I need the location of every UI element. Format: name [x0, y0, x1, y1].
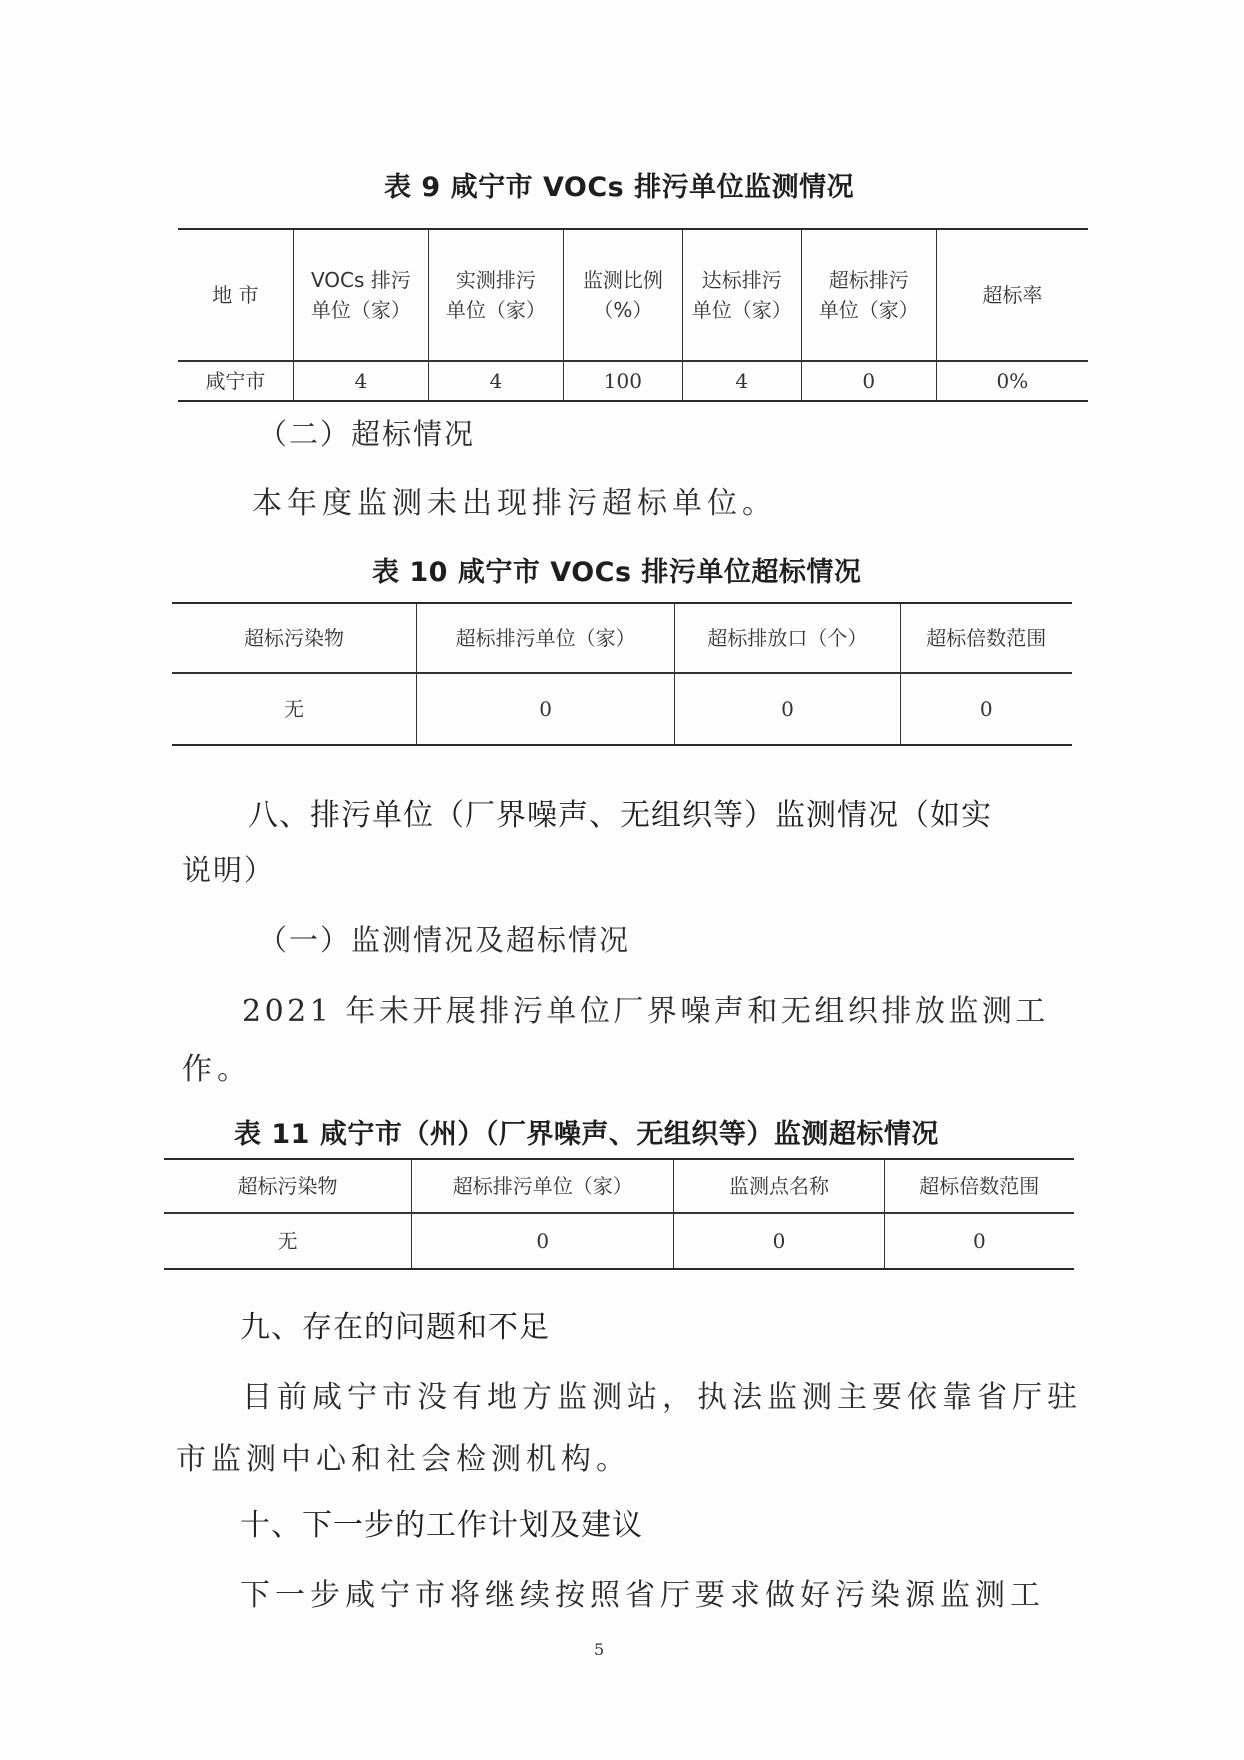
- table-cell: 0: [412, 1213, 674, 1269]
- header-text: 实测排污: [456, 268, 536, 292]
- header-text: 超标排污: [829, 268, 909, 292]
- paragraph: 2021 年未开展排污单位厂界噪声和无组织排放监测工: [242, 986, 1049, 1030]
- header-text: 单位（家）: [311, 298, 411, 322]
- table-cell: 无: [172, 673, 417, 745]
- table9-caption: 表 9 咸宁市 VOCs 排污单位监测情况: [384, 165, 854, 204]
- table11-header: 超标倍数范围: [884, 1159, 1074, 1213]
- table-row: 无 0 0 0: [172, 673, 1072, 745]
- table9-header-exceeding-units: 超标排污单位（家）: [801, 229, 936, 361]
- header-text: 单位（家）: [692, 298, 792, 322]
- table9-header-measured-units: 实测排污单位（家）: [428, 229, 563, 361]
- section-heading-note: （如实: [899, 798, 992, 833]
- header-text: 监测比例: [583, 268, 663, 292]
- table11: 超标污染物 超标排污单位（家） 监测点名称 超标倍数范围 无 0 0 0: [164, 1158, 1074, 1270]
- table11-caption: 表 11 咸宁市（州）（厂界噪声、无组织等）监测超标情况: [234, 1112, 939, 1151]
- page-number: 5: [594, 1640, 604, 1659]
- table9-header-ratio: 监测比例（%）: [563, 229, 682, 361]
- section-heading: 十、下一步的工作计划及建议: [240, 1500, 643, 1544]
- paragraph: 作。: [182, 1044, 252, 1088]
- header-text: （%）: [593, 298, 652, 322]
- table-cell: 4: [428, 361, 563, 401]
- table10: 超标污染物 超标排污单位（家） 超标排放口（个） 超标倍数范围 无 0 0 0: [172, 602, 1072, 746]
- paragraph: 市监测中心和社会检测机构。: [176, 1434, 631, 1478]
- table-cell: 100: [563, 361, 682, 401]
- table9-header-vocs-units: VOCs 排污单位（家）: [293, 229, 428, 361]
- table-cell: 无: [164, 1213, 412, 1269]
- table-row: 无 0 0 0: [164, 1213, 1074, 1269]
- table-cell: 0: [884, 1213, 1074, 1269]
- paragraph: 目前咸宁市没有地方监测站，执法监测主要依靠省厅驻: [242, 1372, 1082, 1416]
- header-text: 地 市: [212, 283, 258, 307]
- document-page: 表 9 咸宁市 VOCs 排污单位监测情况 地 市 VOCs 排污单位（家） 实…: [0, 0, 1244, 1760]
- paragraph: 下一步咸宁市将继续按照省厅要求做好污染源监测工: [240, 1570, 1045, 1614]
- table9-header-city: 地 市: [178, 229, 293, 361]
- table-cell: 0%: [936, 361, 1088, 401]
- table9-header-exceed-rate: 超标率: [936, 229, 1088, 361]
- header-text: 超标率: [982, 283, 1042, 307]
- header-text: 单位（家）: [819, 298, 919, 322]
- section-heading: 九、存在的问题和不足: [240, 1302, 550, 1346]
- table10-header: 超标排放口（个）: [675, 603, 900, 673]
- section-heading-text: 八、排污单位（厂界噪声、无组织等）监测情况: [248, 798, 899, 833]
- table-cell: 0: [417, 673, 675, 745]
- header-text: VOCs 排污: [311, 268, 411, 292]
- subsection-heading: （二）超标情况: [258, 412, 475, 453]
- table-cell: 0: [675, 673, 900, 745]
- table11-header: 监测点名称: [674, 1159, 884, 1213]
- table9: 地 市 VOCs 排污单位（家） 实测排污单位（家） 监测比例（%） 达标排污单…: [178, 228, 1088, 402]
- table-cell: 4: [293, 361, 428, 401]
- section-heading: 八、排污单位（厂界噪声、无组织等）监测情况（如实: [248, 790, 992, 834]
- table-cell: 0: [900, 673, 1072, 745]
- table10-header: 超标排污单位（家）: [417, 603, 675, 673]
- table-cell: 4: [682, 361, 801, 401]
- table11-header: 超标排污单位（家）: [412, 1159, 674, 1213]
- table9-header-compliant-units: 达标排污单位（家）: [682, 229, 801, 361]
- table10-caption: 表 10 咸宁市 VOCs 排污单位超标情况: [372, 550, 861, 589]
- header-text: 达标排污: [702, 268, 782, 292]
- table11-header: 超标污染物: [164, 1159, 412, 1213]
- table10-header: 超标倍数范围: [900, 603, 1072, 673]
- table-cell: 0: [801, 361, 936, 401]
- subsection-heading: （一）监测情况及超标情况: [258, 918, 630, 959]
- header-text: 单位（家）: [446, 298, 546, 322]
- table-cell: 咸宁市: [178, 361, 293, 401]
- paragraph: 本年度监测未出现排污超标单位。: [252, 478, 777, 522]
- section-heading-continued: 说明）: [182, 848, 275, 889]
- table-cell: 0: [674, 1213, 884, 1269]
- table-row: 咸宁市 4 4 100 4 0 0%: [178, 361, 1088, 401]
- table10-header: 超标污染物: [172, 603, 417, 673]
